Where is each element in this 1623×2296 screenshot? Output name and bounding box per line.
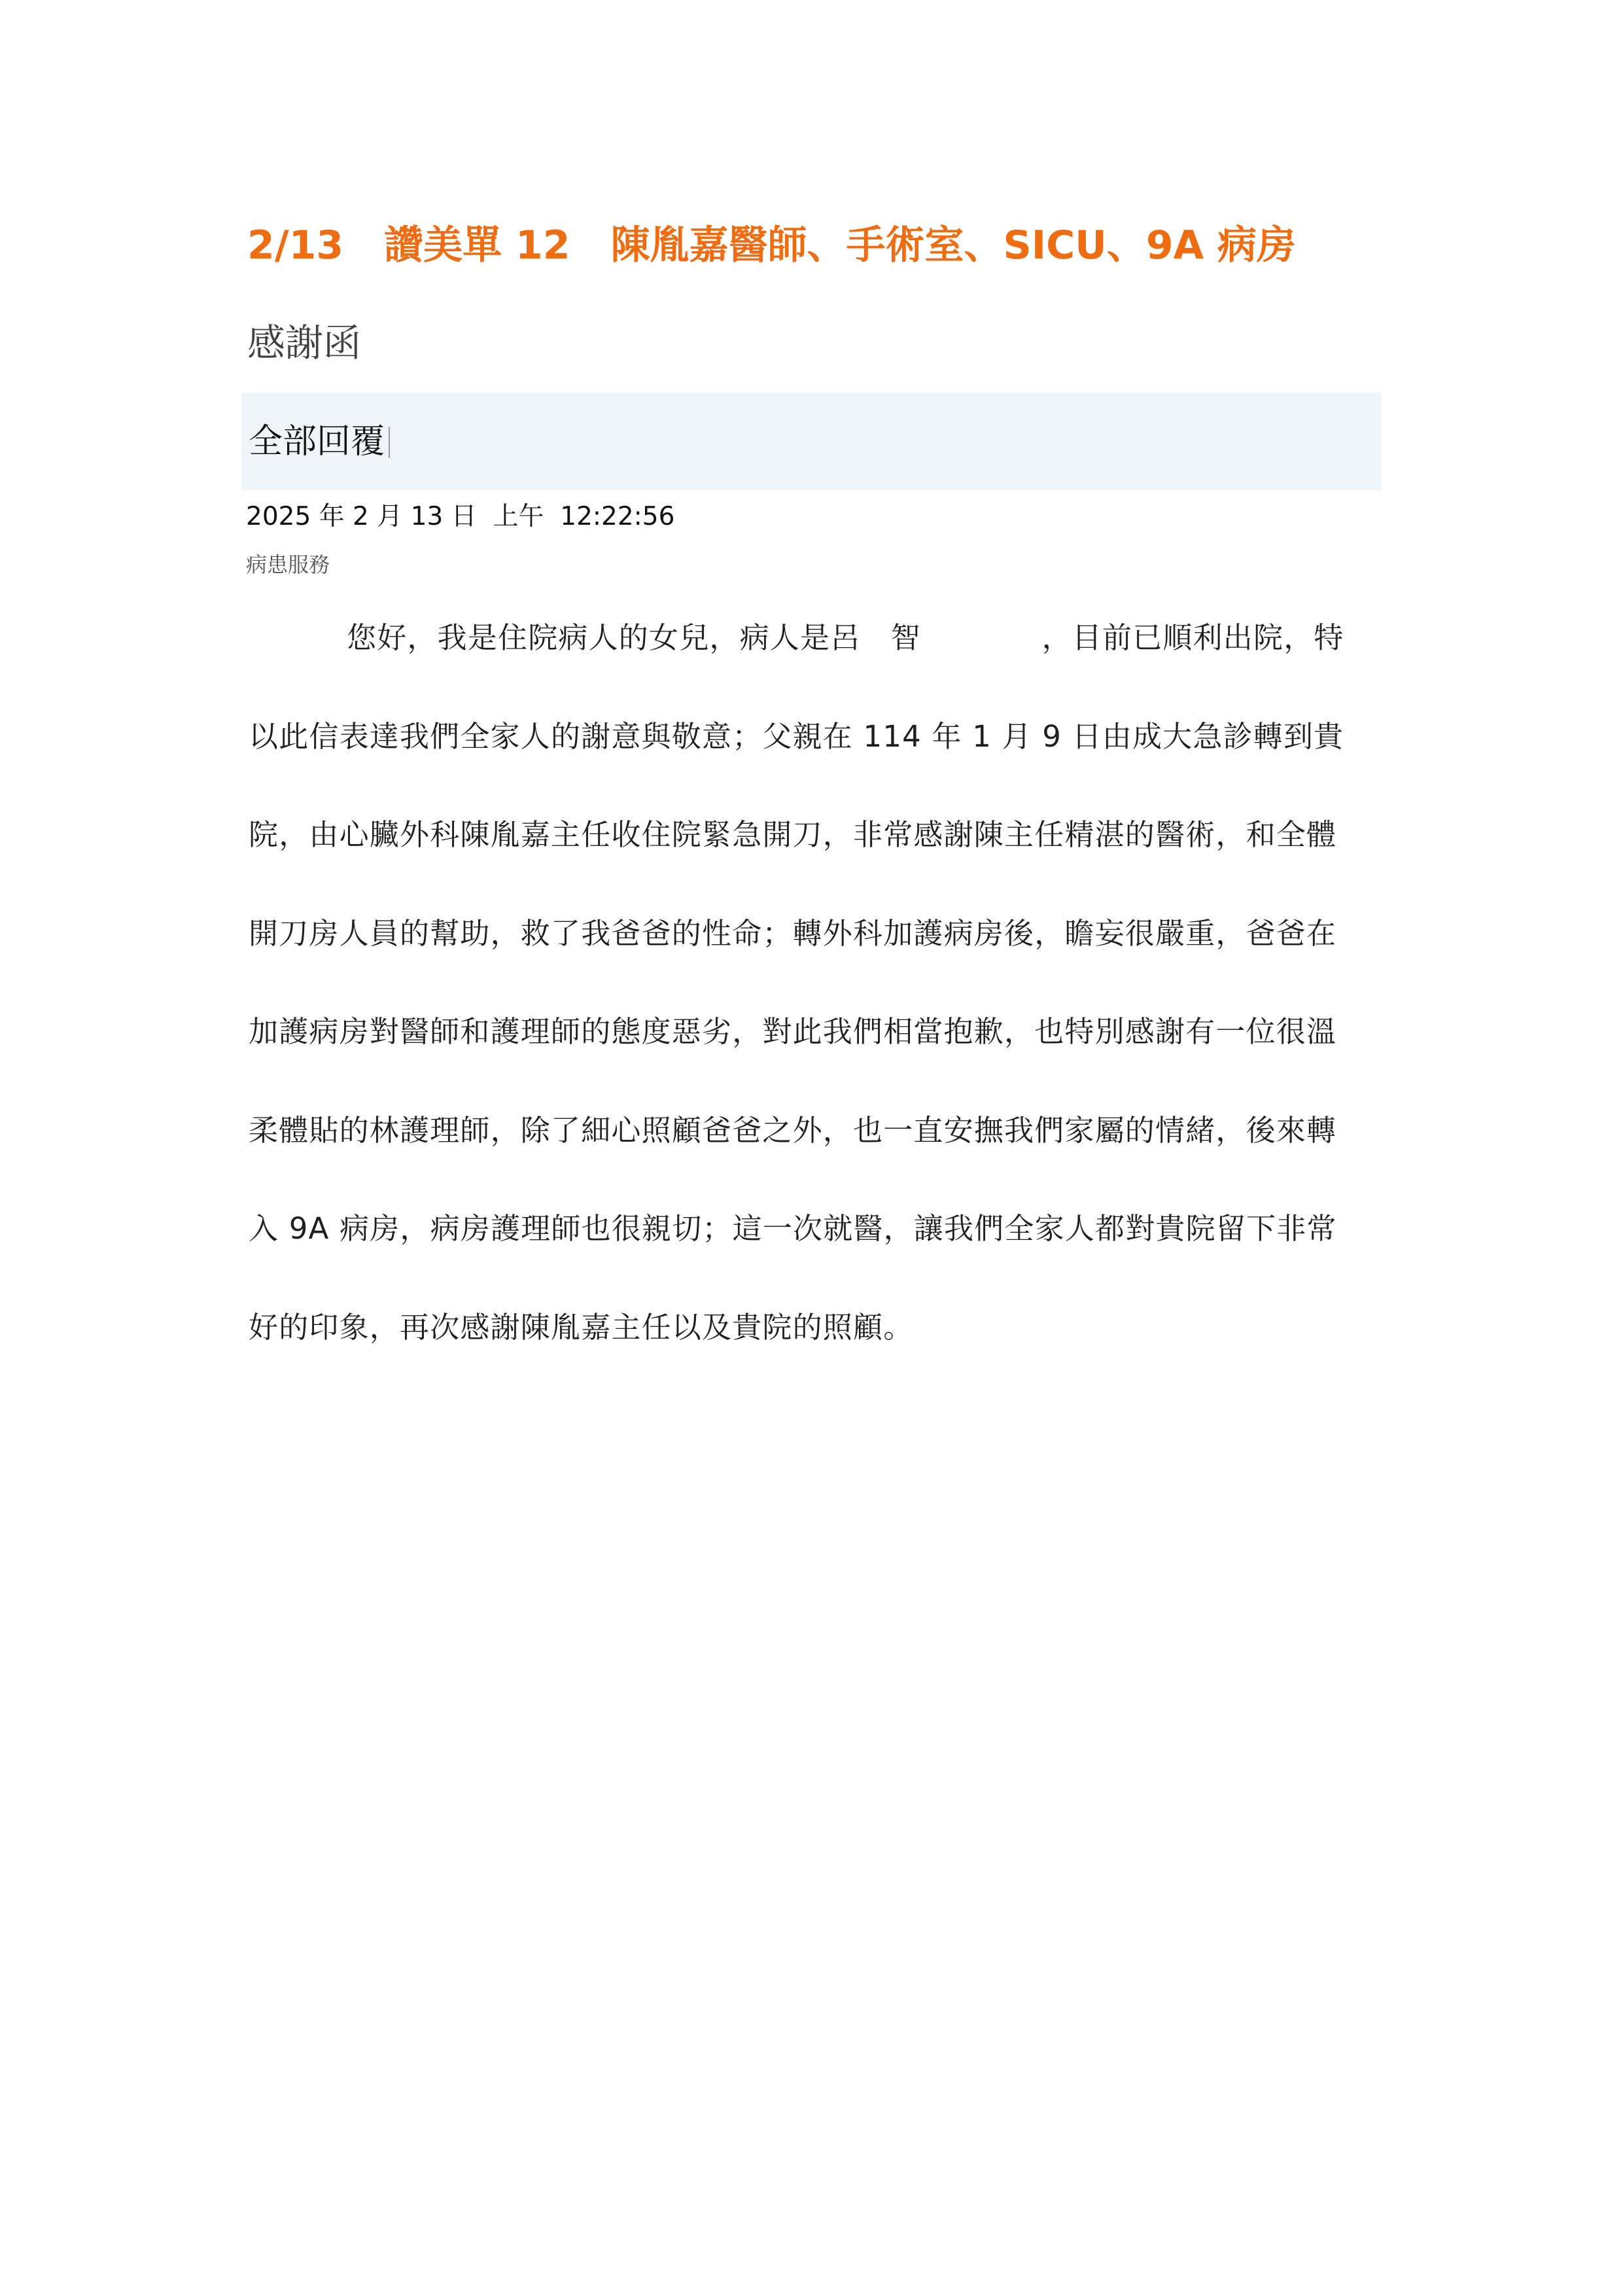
body-line: 開刀房人員的幫助，救了我爸爸的性命；轉外科加護病房後，瞻妄很嚴重，爸爸在: [249, 911, 1380, 1010]
message-datetime: 2025 年 2 月 13 日 上午 12:22:56: [246, 497, 674, 537]
body-line: 好的印象，再次感謝陳胤嘉主任以及貴院的照顧。: [249, 1305, 1380, 1404]
title-item: 讚美單 12: [384, 216, 570, 275]
reply-all-button[interactable]: 全部回覆: [249, 417, 390, 466]
body-line: 柔體貼的林護理師，除了細心照顧爸爸之外，也一直安撫我們家屬的情緒，後來轉: [249, 1108, 1380, 1207]
body-line: 院，由心臟外科陳胤嘉主任收住院緊急開刀，非常感謝陳主任精湛的醫術，和全體: [249, 812, 1380, 911]
reply-all-bar[interactable]: 全部回覆: [241, 393, 1382, 490]
message-sender: 病患服務: [246, 548, 330, 581]
body-line: 加護病房對醫師和護理師的態度惡劣，對此我們相當抱歉，也特別感謝有一位很溫: [249, 1009, 1380, 1108]
letter-body: 您好，我是住院病人的女兒，病人是呂 智 ，目前已順利出院，特 以此信表達我們全家…: [249, 615, 1380, 1403]
reply-all-label: 全部回覆: [249, 422, 385, 461]
body-line: 入 9A 病房，病房護理師也很親切；這一次就醫，讓我們全家人都對貴院留下非常: [249, 1206, 1380, 1305]
letter-subtitle: 感謝函: [247, 315, 361, 370]
document-page: 2/13讚美單 12陳胤嘉醫師、手術室、SICU、9A 病房 感謝函 全部回覆 …: [0, 0, 1623, 2296]
title-date: 2/13: [247, 216, 343, 275]
body-line: 以此信表達我們全家人的謝意與敬意；父親在 114 年 1 月 9 日由成大急診轉…: [249, 714, 1380, 813]
title-recipients: 陳胤嘉醫師、手術室、SICU、9A 病房: [611, 216, 1296, 275]
body-line: 您好，我是住院病人的女兒，病人是呂 智 ，目前已順利出院，特: [249, 615, 1380, 714]
document-title: 2/13讚美單 12陳胤嘉醫師、手術室、SICU、9A 病房: [247, 216, 1296, 275]
text-cursor-icon: [389, 427, 390, 458]
